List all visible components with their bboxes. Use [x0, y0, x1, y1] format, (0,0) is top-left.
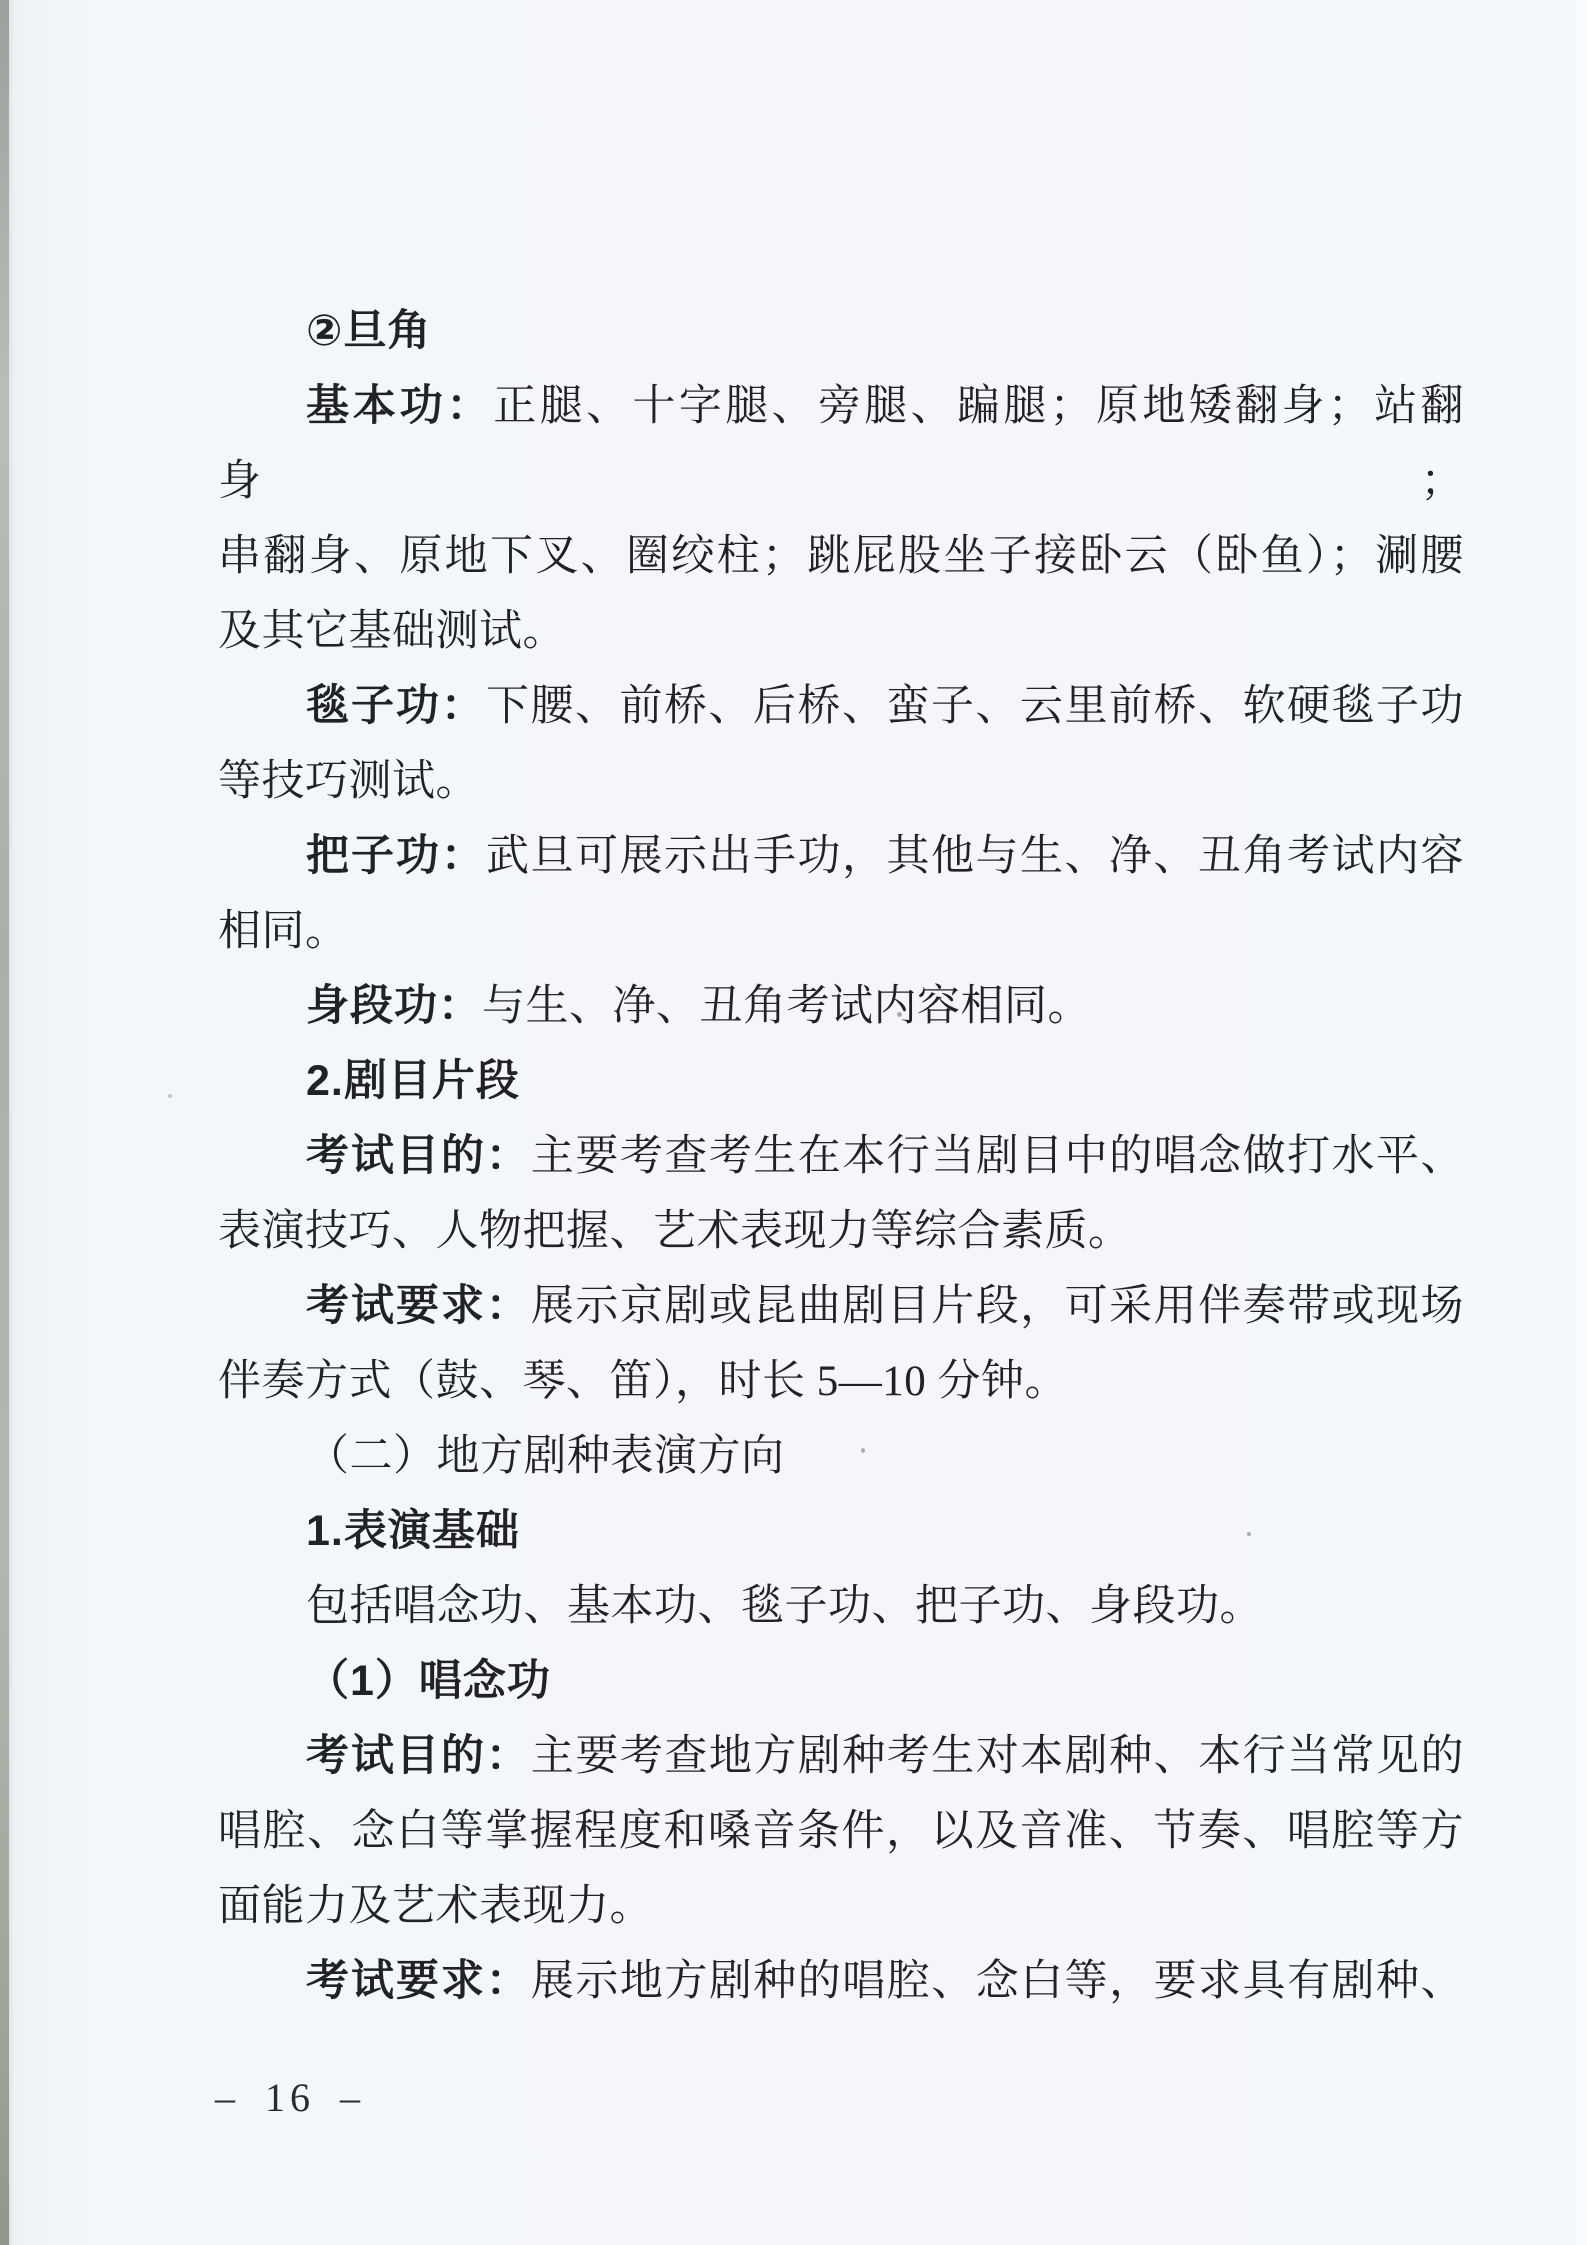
line-text: 展示京剧或昆曲剧目片段，可采用伴奏带或现场: [531, 1283, 1464, 1330]
text-line: 把子功：武旦可展示出手功，其他与生、净、丑角考试内容: [218, 819, 1464, 894]
scan-speck: [861, 1448, 865, 1453]
bold-label: 毯子功：: [306, 682, 486, 730]
scan-speck: [168, 1094, 172, 1098]
line-text: 武旦可展示出手功，其他与生、净、丑角考试内容: [486, 833, 1464, 880]
text-line: 2.剧目片段: [218, 1044, 1464, 1119]
bold-label: 2.剧目片段: [306, 1057, 520, 1105]
text-line: 串翻身、原地下叉、圈绞柱；跳屁股坐子接卧云（卧鱼）；涮腰: [218, 519, 1464, 594]
line-text: （二）地方剧种表演方向: [306, 1433, 785, 1480]
bold-label: 1.表演基础: [306, 1507, 520, 1555]
text-line: 等技巧测试。: [218, 744, 1464, 819]
bold-label: 身段功：: [306, 982, 482, 1030]
bold-label: 考试目的：: [306, 1132, 531, 1180]
line-text: 包括唱念功、基本功、毯子功、把子功、身段功。: [306, 1583, 1263, 1630]
scan-edge-left-shadow: [9, 0, 17, 2245]
text-line: 身段功：与生、净、丑角考试内容相同。: [218, 969, 1464, 1044]
text-line: 面能力及艺术表现力。: [218, 1869, 1464, 1944]
document-body: ②旦角基本功：正腿、十字腿、旁腿、蹁腿；原地矮翻身；站翻身；串翻身、原地下叉、圈…: [218, 294, 1464, 2019]
line-text: 主要考查考生在本行当剧目中的唱念做打水平、: [531, 1133, 1464, 1180]
line-text: 串翻身、原地下叉、圈绞柱；跳屁股坐子接卧云（卧鱼）；涮腰: [218, 533, 1464, 580]
text-line: 基本功：正腿、十字腿、旁腿、蹁腿；原地矮翻身；站翻身；: [218, 369, 1464, 519]
text-line: 1.表演基础: [218, 1494, 1464, 1569]
line-text: 等技巧测试。: [218, 758, 479, 805]
text-line: 考试要求：展示京剧或昆曲剧目片段，可采用伴奏带或现场: [218, 1269, 1464, 1344]
scan-edge-left: [0, 0, 9, 2245]
scan-edge-right: [1576, 0, 1587, 2245]
bold-label: 基本功：: [306, 382, 493, 430]
bold-label: 考试要求：: [306, 1282, 531, 1330]
line-text: 面能力及艺术表现力。: [218, 1883, 653, 1930]
bold-label: 考试要求：: [306, 1957, 531, 2005]
line-text: 及其它基础测试。: [218, 608, 566, 655]
text-line: （二）地方剧种表演方向: [218, 1419, 1464, 1494]
line-text: 唱腔、念白等掌握程度和嗓音条件，以及音准、节奏、唱腔等方: [218, 1808, 1464, 1855]
line-text: 伴奏方式（鼓、琴、笛），时长 5—10 分钟。: [218, 1358, 1068, 1405]
text-line: 毯子功：下腰、前桥、后桥、蛮子、云里前桥、软硬毯子功: [218, 669, 1464, 744]
line-text: 相同。: [218, 908, 349, 955]
text-line: 相同。: [218, 894, 1464, 969]
bold-label: 考试目的：: [306, 1732, 531, 1780]
page-number: – 16 –: [215, 2076, 365, 2120]
line-text: 展示地方剧种的唱腔、念白等，要求具有剧种、: [531, 1958, 1464, 2005]
text-line: ②旦角: [218, 294, 1464, 369]
text-line: （1）唱念功: [218, 1644, 1464, 1719]
scan-speck: [1247, 1532, 1251, 1536]
bold-label: （1）唱念功: [306, 1657, 551, 1705]
scan-speck: [897, 1012, 902, 1017]
text-line: 唱腔、念白等掌握程度和嗓音条件，以及音准、节奏、唱腔等方: [218, 1794, 1464, 1869]
text-line: 考试目的：主要考查考生在本行当剧目中的唱念做打水平、: [218, 1119, 1464, 1194]
text-line: 伴奏方式（鼓、琴、笛），时长 5—10 分钟。: [218, 1344, 1464, 1419]
line-text: 表演技巧、人物把握、艺术表现力等综合素质。: [218, 1208, 1132, 1255]
text-line: 包括唱念功、基本功、毯子功、把子功、身段功。: [218, 1569, 1464, 1644]
text-line: 及其它基础测试。: [218, 594, 1464, 669]
text-line: 表演技巧、人物把握、艺术表现力等综合素质。: [218, 1194, 1464, 1269]
text-line: 考试目的：主要考查地方剧种考生对本剧种、本行当常见的: [218, 1719, 1464, 1794]
bold-label: ②旦角: [306, 307, 431, 355]
line-text: 主要考查地方剧种考生对本剧种、本行当常见的: [531, 1733, 1464, 1780]
bold-label: 把子功：: [306, 832, 486, 880]
line-text: 与生、净、丑角考试内容相同。: [482, 983, 1091, 1030]
scanned-page: ②旦角基本功：正腿、十字腿、旁腿、蹁腿；原地矮翻身；站翻身；串翻身、原地下叉、圈…: [0, 0, 1587, 2245]
text-line: 考试要求：展示地方剧种的唱腔、念白等，要求具有剧种、: [218, 1944, 1464, 2019]
line-text: 下腰、前桥、后桥、蛮子、云里前桥、软硬毯子功: [486, 683, 1464, 730]
